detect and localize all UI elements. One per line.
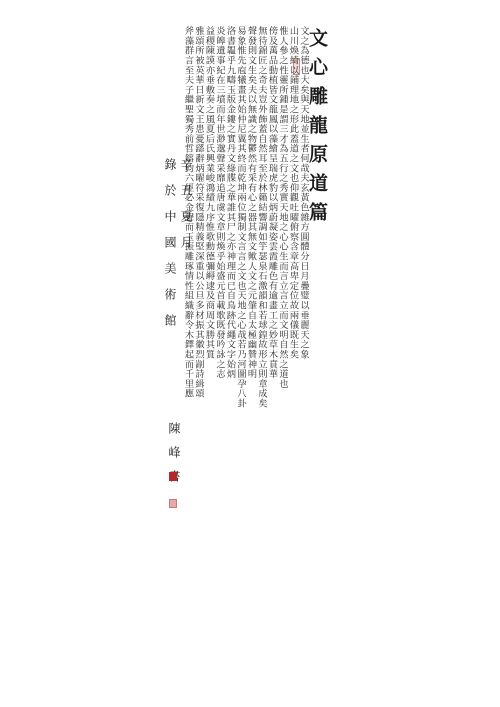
text-column: 無待錦匠之奇夫豈外飾蓋自然耳至於林籟結響調如竽瑟泉石激韻和若球鍠故形立則章成矣 — [256, 26, 267, 671]
leisure-seal-icon — [169, 499, 177, 508]
text-column: 益稷陳謨亦垂敷奏之風夏后氏興業峻鴻績九序惟歌勳德彌縟逮及商周文勝其質 — [203, 26, 214, 671]
text-column: 聲發則文生矣夫以無識之物鬱然有采有心之器其無文歟人文之元肇自太極幽贊神明 — [245, 26, 256, 671]
text-column: 山川煥綺以鋪理地之形此蓋道之文也仰觀吐曜俯察含章高卑定位故兩儀既生矣 — [287, 26, 298, 671]
inscription-place: 錄於中國美術館 — [162, 158, 178, 340]
text-column: 雅頌所被英華日新文王患憂繇辭炳曜符采復隱精義堅深重以公旦多材振其徽烈剬詩緝頌 — [193, 26, 204, 671]
text-column: 惟人參之性靈所鍾是謂三才為五行之秀實天地之心心生而言立言立而文明自然之道也 — [277, 26, 288, 671]
text-column: 斧藻群言至夫子繼聖獨秀前哲鎔鈞六經必金聲而玉振雕琢情性組織辭令木鐸起而千里應 — [182, 26, 193, 671]
inscription-date: 辛丑夏月 — [178, 158, 194, 340]
name-seal-icon — [169, 472, 177, 481]
text-column: 洛書韞乎九疇玉版金鏤之實丹文綠牒之華誰其尸之亦神理而已自鳥跡代繩文字始炳 — [224, 26, 235, 671]
text-column: 傍及萬品動植皆文龍鳳以藻繪呈瑞虎豹以炳蔚凝姿雲霞雕色有逾畫工之妙草木賁華 — [266, 26, 277, 671]
text-column: 炎皞遺事紀在三墳而年世渺邈聲采靡追唐虞文章則煥乎始盛元首載歌既發吟詠之志 — [214, 26, 225, 671]
inscription: 辛丑夏月 錄於中國美術館 — [162, 158, 194, 340]
text-column: 文之為德也大矣與天地並生者何哉夫玄黃色雜方圓體分日月疊璧以垂麗天之象 — [298, 26, 309, 671]
artist-signature: 陳峰書 — [166, 422, 183, 494]
text-column: 易象惟先庖犧畫其始仲尼翼其終而乾坤兩位獨制文言言之文也天地之心哉若乃河圖孕八卦 — [235, 26, 246, 671]
calligraphy-scroll: 文心雕龍原道篇 文之為德也大矣與天地並生者何哉夫玄黃色雜方圓體分日月疊璧以垂麗天… — [0, 0, 500, 707]
main-text-body: 文之為德也大矣與天地並生者何哉夫玄黃色雜方圓體分日月疊璧以垂麗天之象 山川煥綺以… — [182, 26, 308, 671]
